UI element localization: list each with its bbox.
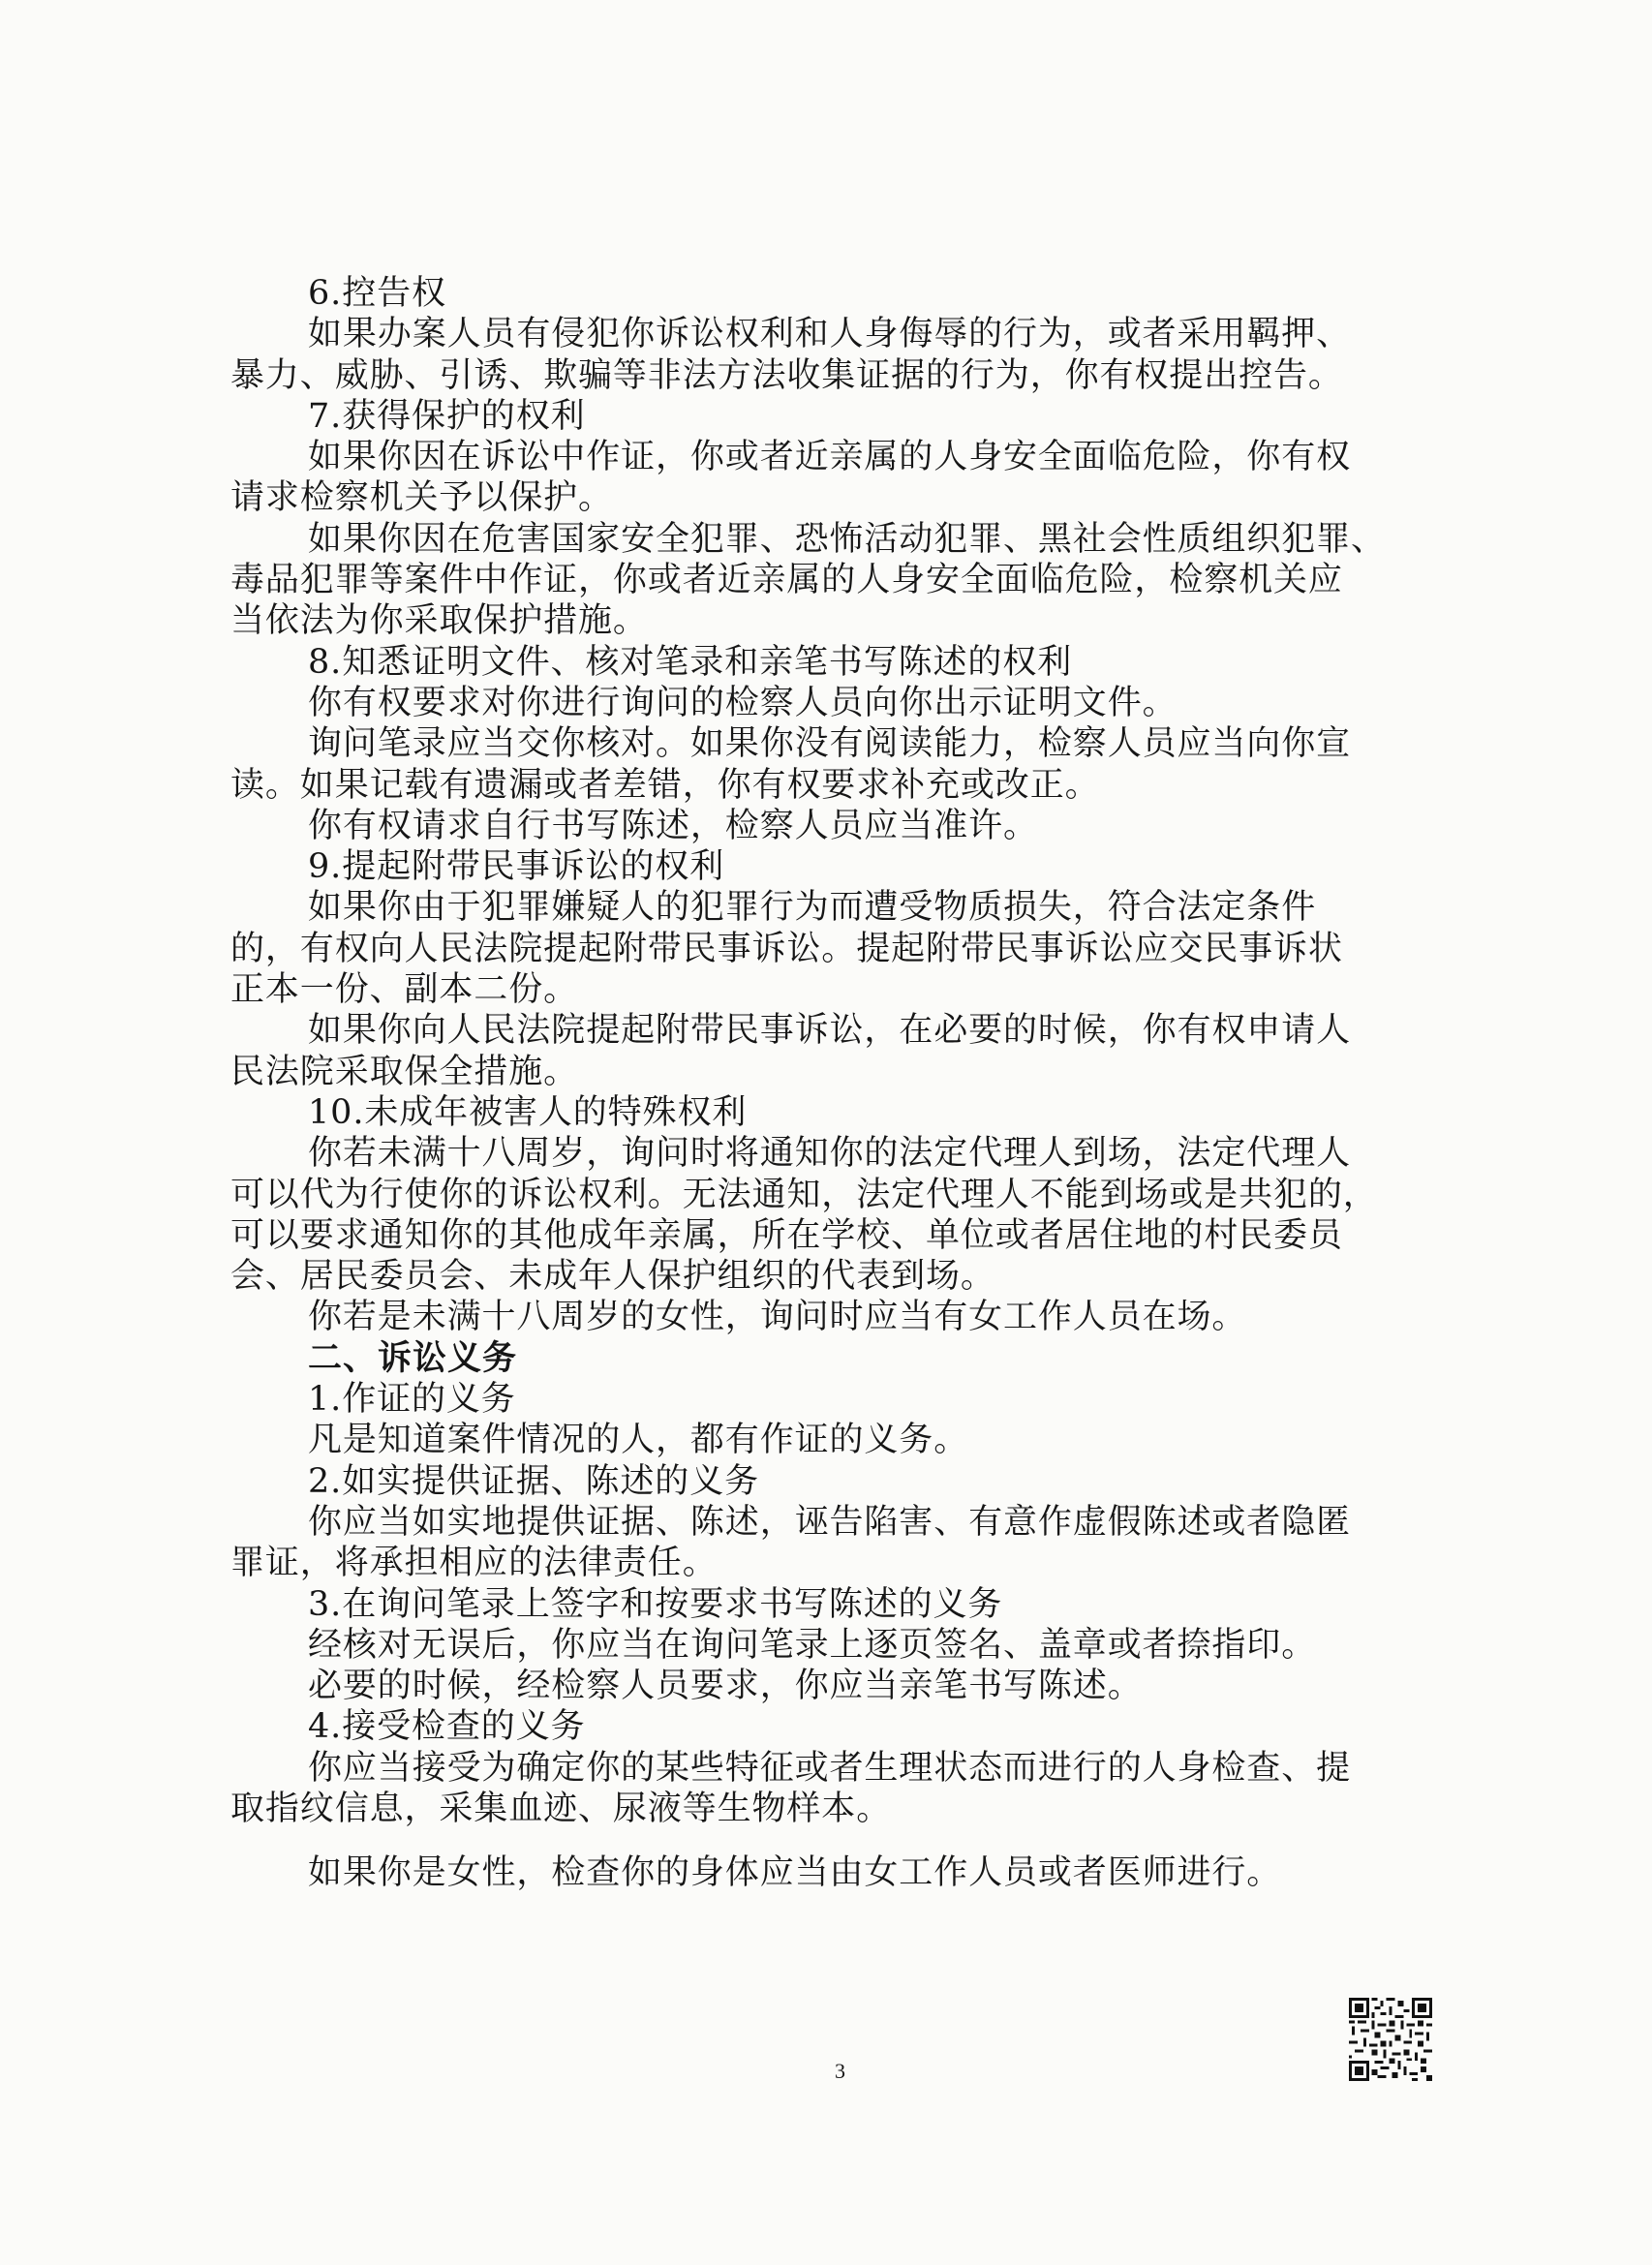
- subhead-truthful-evidence-duty: 2.如实提供证据、陈述的义务: [230, 1461, 1453, 1502]
- subhead-signing-duty: 3.在询问笔录上签字和按要求书写陈述的义务: [230, 1584, 1453, 1625]
- paragraph-line: 毒品犯罪等案件中作证，你或者近亲属的人身安全面临危险，检察机关应: [230, 560, 1453, 600]
- subhead-protection-right: 7.获得保护的权利: [230, 396, 1453, 437]
- paragraph-line: 罪证，将承担相应的法律责任。: [230, 1543, 1453, 1583]
- paragraph-gap: [230, 1829, 1453, 1852]
- subhead-examination-duty: 4.接受检查的义务: [230, 1706, 1453, 1747]
- subhead-civil-suit-right: 9.提起附带民事诉讼的权利: [230, 846, 1453, 887]
- paragraph-line: 如果办案人员有侵犯你诉讼权利和人身侮辱的行为，或者采用羁押、: [230, 314, 1453, 354]
- paragraph-line: 如果你向人民法院提起附带民事诉讼，在必要的时候，你有权申请人: [230, 1010, 1453, 1051]
- paragraph-line: 必要的时候，经检察人员要求，你应当亲笔书写陈述。: [230, 1666, 1453, 1706]
- paragraph-line: 请求检察机关予以保护。: [230, 477, 1453, 518]
- page-number: 3: [835, 2059, 845, 2084]
- section-heading-litigation-duties: 二、诉讼义务: [230, 1338, 1453, 1379]
- paragraph-line: 你应当接受为确定你的某些特征或者生理状态而进行的人身检查、提: [230, 1748, 1453, 1789]
- paragraph-line: 可以要求通知你的其他成年亲属，所在学校、单位或者居住地的村民委员: [230, 1215, 1453, 1256]
- paragraph-line: 取指纹信息，采集血迹、尿液等生物样本。: [230, 1789, 1453, 1829]
- paragraph-line: 如果你由于犯罪嫌疑人的犯罪行为而遭受物质损失，符合法定条件: [230, 887, 1453, 928]
- paragraph-line: 你应当如实地提供证据、陈述，诬告陷害、有意作虚假陈述或者隐匿: [230, 1502, 1453, 1543]
- paragraph-line: 询问笔录应当交你核对。如果你没有阅读能力，检察人员应当向你宣: [230, 723, 1453, 764]
- qr-code-icon: [1349, 1998, 1432, 2081]
- paragraph-line: 如果你因在诉讼中作证，你或者近亲属的人身安全面临危险，你有权: [230, 437, 1453, 477]
- subhead-accusation-right: 6.控告权: [230, 273, 1453, 314]
- paragraph-line: 暴力、威胁、引诱、欺骗等非法方法收集证据的行为，你有权提出控告。: [230, 355, 1453, 396]
- paragraph-line: 正本一份、副本二份。: [230, 969, 1453, 1010]
- paragraph-line: 经核对无误后，你应当在询问笔录上逐页签名、盖章或者捺指印。: [230, 1625, 1453, 1666]
- paragraph-line: 民法院采取保全措施。: [230, 1052, 1453, 1092]
- paragraph-line: 会、居民委员会、未成年人保护组织的代表到场。: [230, 1256, 1453, 1297]
- paragraph-line: 当依法为你采取保护措施。: [230, 600, 1453, 641]
- paragraph-line: 凡是知道案件情况的人，都有作证的义务。: [230, 1420, 1453, 1460]
- paragraph-line: 可以代为行使你的诉讼权利。无法通知，法定代理人不能到场或是共犯的，: [230, 1175, 1453, 1215]
- paragraph-line: 如果你因在危害国家安全犯罪、恐怖活动犯罪、黑社会性质组织犯罪、: [230, 519, 1453, 560]
- paragraph-line: 的，有权向人民法院提起附带民事诉讼。提起附带民事诉讼应交民事诉状: [230, 929, 1453, 969]
- paragraph-line: 你有权请求自行书写陈述，检察人员应当准许。: [230, 806, 1453, 846]
- paragraph-line: 读。如果记载有遗漏或者差错，你有权要求补充或改正。: [230, 765, 1453, 806]
- paragraph-line: 你有权要求对你进行询问的检察人员向你出示证明文件。: [230, 683, 1453, 723]
- subhead-minor-victim-right: 10.未成年被害人的特殊权利: [230, 1092, 1453, 1133]
- paragraph-line: 如果你是女性，检查你的身体应当由女工作人员或者医师进行。: [230, 1852, 1453, 1893]
- subhead-document-verification-right: 8.知悉证明文件、核对笔录和亲笔书写陈述的权利: [230, 642, 1453, 683]
- document-body: 6.控告权 如果办案人员有侵犯你诉讼权利和人身侮辱的行为，或者采用羁押、 暴力、…: [230, 273, 1453, 1894]
- paragraph-line: 你若是未满十八周岁的女性，询问时应当有女工作人员在场。: [230, 1297, 1453, 1337]
- subhead-testify-duty: 1.作证的义务: [230, 1379, 1453, 1420]
- paragraph-line: 你若未满十八周岁，询问时将通知你的法定代理人到场，法定代理人: [230, 1133, 1453, 1174]
